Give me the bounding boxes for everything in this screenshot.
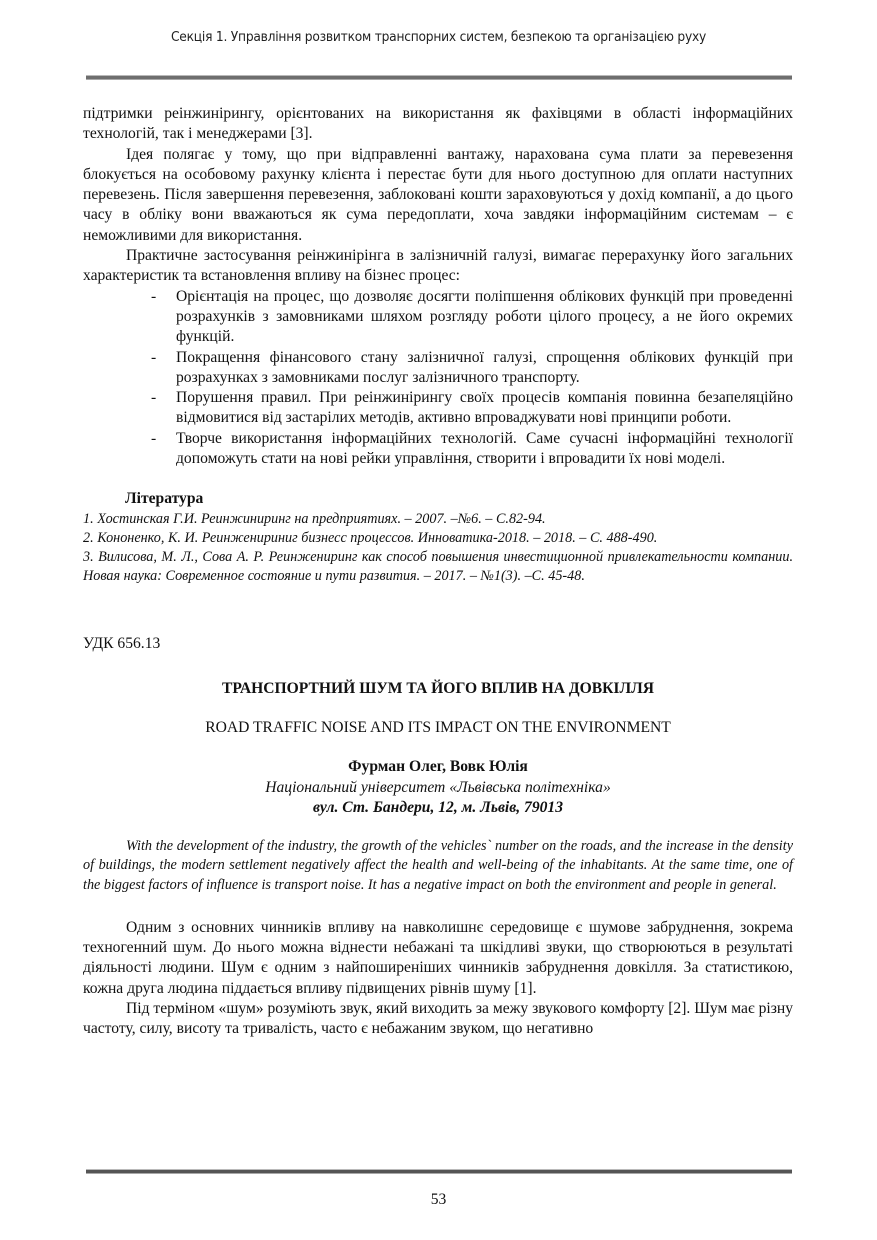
list-item: - Порушення правил. При реінжинірингу св… xyxy=(176,388,793,429)
article-title-en: ROAD TRAFFIC NOISE AND ITS IMPACT ON THE… xyxy=(83,718,793,738)
dash-bullet-icon: - xyxy=(151,429,156,449)
list-item: - Творче використання інформаційних техн… xyxy=(176,429,793,470)
authors: Фурман Олег, Вовк Юлія xyxy=(83,757,793,777)
paragraph: Під терміном «шум» розуміють звук, який … xyxy=(83,999,793,1040)
page-content: підтримки реінжинірингу, орієнтованих на… xyxy=(83,104,793,1040)
dash-bullet-icon: - xyxy=(151,348,156,368)
reference-item: 2. Кононенко, К. И. Реинженириниг бизнес… xyxy=(83,529,793,548)
paragraph: підтримки реінжинірингу, орієнтованих на… xyxy=(83,104,793,145)
paragraph: Практичне застосування реінжинірінга в з… xyxy=(83,246,793,287)
page-number: 53 xyxy=(0,1191,877,1209)
bullet-list: - Орієнтація на процес, що дозволяє дося… xyxy=(83,287,793,470)
list-item: - Покращення фінансового стану залізничн… xyxy=(176,348,793,389)
abstract: With the development of the industry, th… xyxy=(83,837,793,895)
article-title-uk: ТРАНСПОРТНИЙ ШУМ ТА ЙОГО ВПЛИВ НА ДОВКІЛ… xyxy=(83,679,793,699)
affiliation: Національний університет «Львівська полі… xyxy=(83,778,793,798)
literature-heading: Література xyxy=(83,489,793,509)
header-rule xyxy=(86,75,792,80)
reference-item: 3. Вилисова, М. Л., Сова А. Р. Реинженир… xyxy=(83,548,793,586)
paragraph: Одним з основних чинників впливу на навк… xyxy=(83,918,793,999)
dash-bullet-icon: - xyxy=(151,287,156,307)
udk-code: УДК 656.13 xyxy=(83,634,793,654)
list-item: - Орієнтація на процес, що дозволяє дося… xyxy=(176,287,793,348)
address: вул. Ст. Бандери, 12, м. Львів, 79013 xyxy=(83,798,793,818)
footer-rule xyxy=(86,1169,792,1174)
dash-bullet-icon: - xyxy=(151,388,156,408)
running-header: Секція 1. Управління розвитком транспорн… xyxy=(31,30,847,45)
paragraph: Ідея полягає у тому, що при відправленні… xyxy=(83,145,793,246)
reference-item: 1. Хостинская Г.И. Реинжиниринг на предп… xyxy=(83,510,793,529)
